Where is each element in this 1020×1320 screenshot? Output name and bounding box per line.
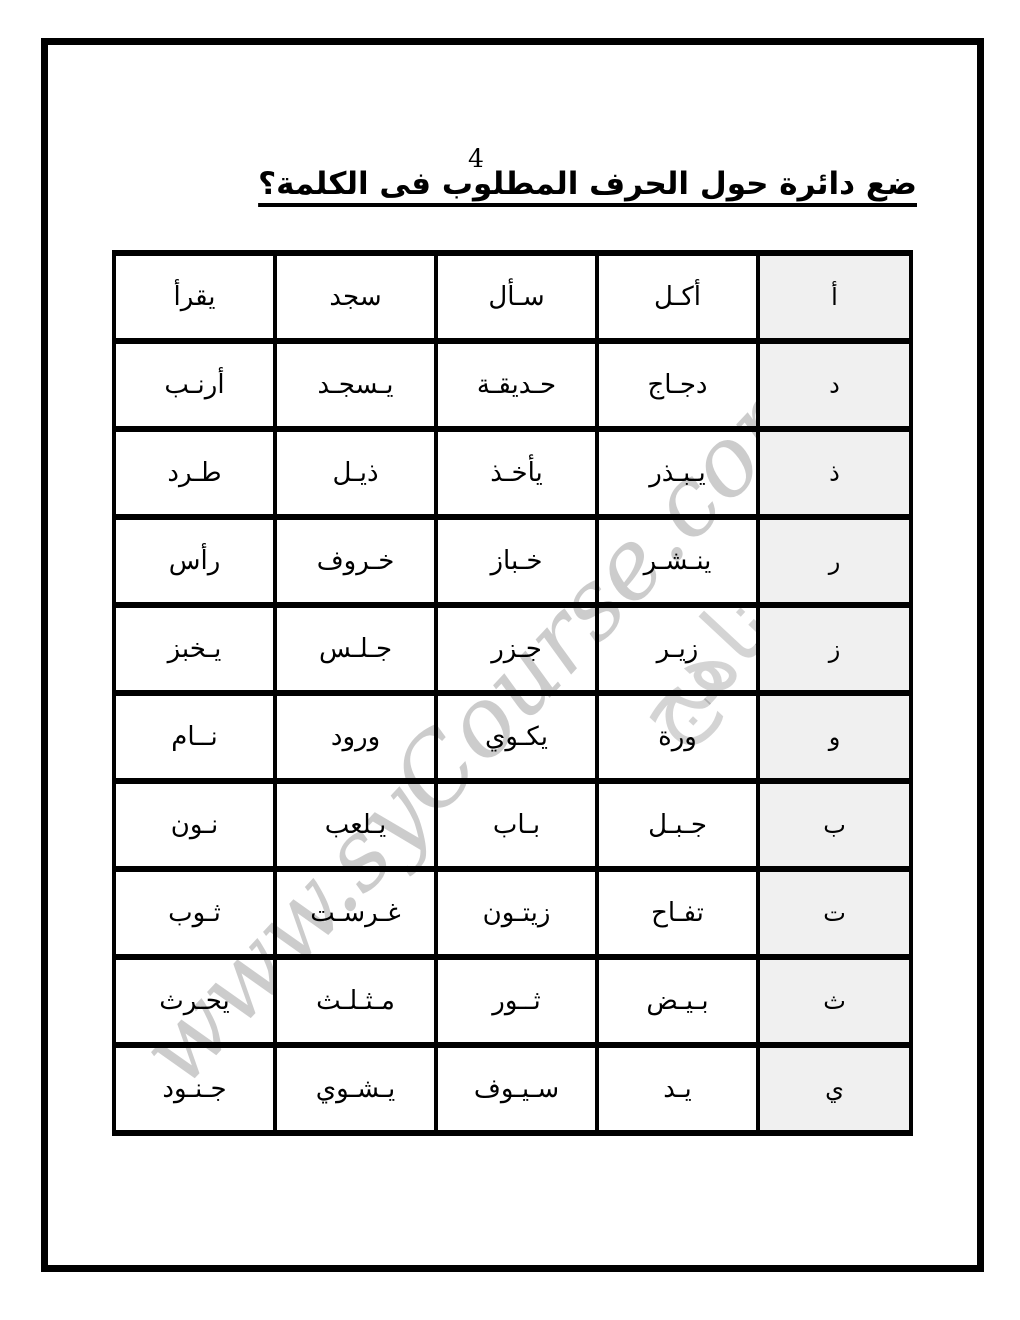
word-cell: جـزر [436, 605, 597, 693]
word-cell: زيـر [597, 605, 758, 693]
word-cell: سـأل [436, 253, 597, 341]
word-cell: ذيـل [275, 429, 436, 517]
word-cell: يـخبز [114, 605, 275, 693]
target-letter-cell: أ [758, 253, 911, 341]
target-letter-cell: ب [758, 781, 911, 869]
table-row: ذ يـبـذر يأخـذ ذيـل طـرد [114, 429, 911, 517]
letter-words-table: أ أكـل سـأل سجد يقرأ د دجـاج حـديقـة يـس… [112, 250, 913, 1136]
word-cell: ثـوب [114, 869, 275, 957]
word-cell: تفـاح [597, 869, 758, 957]
word-cell: ثــور [436, 957, 597, 1045]
table-row: ي يـد سـيـوف يـشـوي جـنـود [114, 1045, 911, 1133]
worksheet-page: 4 ضع دائرة حول الحرف المطلوب فى الكلمة؟ … [0, 0, 1020, 1320]
word-cell: ورود [275, 693, 436, 781]
target-letter-cell: ث [758, 957, 911, 1045]
worksheet-title: ضع دائرة حول الحرف المطلوب فى الكلمة؟ [258, 166, 917, 202]
table-row: و ورة يكـوي ورود نــام [114, 693, 911, 781]
word-cell: أكـل [597, 253, 758, 341]
word-cell: يـسجـد [275, 341, 436, 429]
word-cell: أرنـب [114, 341, 275, 429]
target-letter-cell: د [758, 341, 911, 429]
table-row: أ أكـل سـأل سجد يقرأ [114, 253, 911, 341]
word-cell: يـد [597, 1045, 758, 1133]
table-row: ث بـيـض ثــور مـثـلـث يحـرث [114, 957, 911, 1045]
word-cell: جـلـس [275, 605, 436, 693]
word-cell: يحـرث [114, 957, 275, 1045]
word-cell: نــام [114, 693, 275, 781]
table-row: ت تفـاح زيتـون غـرسـت ثـوب [114, 869, 911, 957]
word-cell: نـون [114, 781, 275, 869]
worksheet-table-body: أ أكـل سـأل سجد يقرأ د دجـاج حـديقـة يـس… [114, 253, 911, 1133]
word-cell: سـيـوف [436, 1045, 597, 1133]
word-cell: يـلعب [275, 781, 436, 869]
word-cell: بـاب [436, 781, 597, 869]
target-letter-cell: و [758, 693, 911, 781]
word-cell: خـروف [275, 517, 436, 605]
target-letter-cell: ت [758, 869, 911, 957]
word-cell: ينـشـر [597, 517, 758, 605]
table-row: ر ينـشـر خـباز خـروف رأس [114, 517, 911, 605]
target-letter-cell: ر [758, 517, 911, 605]
word-cell: رأس [114, 517, 275, 605]
word-cell: سجد [275, 253, 436, 341]
word-cell: يـشـوي [275, 1045, 436, 1133]
word-cell: يقرأ [114, 253, 275, 341]
word-cell: حـديقـة [436, 341, 597, 429]
target-letter-cell: ي [758, 1045, 911, 1133]
word-cell: جـنـود [114, 1045, 275, 1133]
word-cell: غـرسـت [275, 869, 436, 957]
table-row: د دجـاج حـديقـة يـسجـد أرنـب [114, 341, 911, 429]
word-cell: يأخـذ [436, 429, 597, 517]
word-cell: طـرد [114, 429, 275, 517]
table-row: ز زيـر جـزر جـلـس يـخبز [114, 605, 911, 693]
word-cell: بـيـض [597, 957, 758, 1045]
word-cell: يـبـذر [597, 429, 758, 517]
word-cell: يكـوي [436, 693, 597, 781]
word-cell: مـثـلـث [275, 957, 436, 1045]
word-cell: دجـاج [597, 341, 758, 429]
target-letter-cell: ذ [758, 429, 911, 517]
table-row: ب جـبـل بـاب يـلعب نـون [114, 781, 911, 869]
word-cell: خـباز [436, 517, 597, 605]
word-cell: جـبـل [597, 781, 758, 869]
word-cell: زيتـون [436, 869, 597, 957]
word-cell: ورة [597, 693, 758, 781]
target-letter-cell: ز [758, 605, 911, 693]
